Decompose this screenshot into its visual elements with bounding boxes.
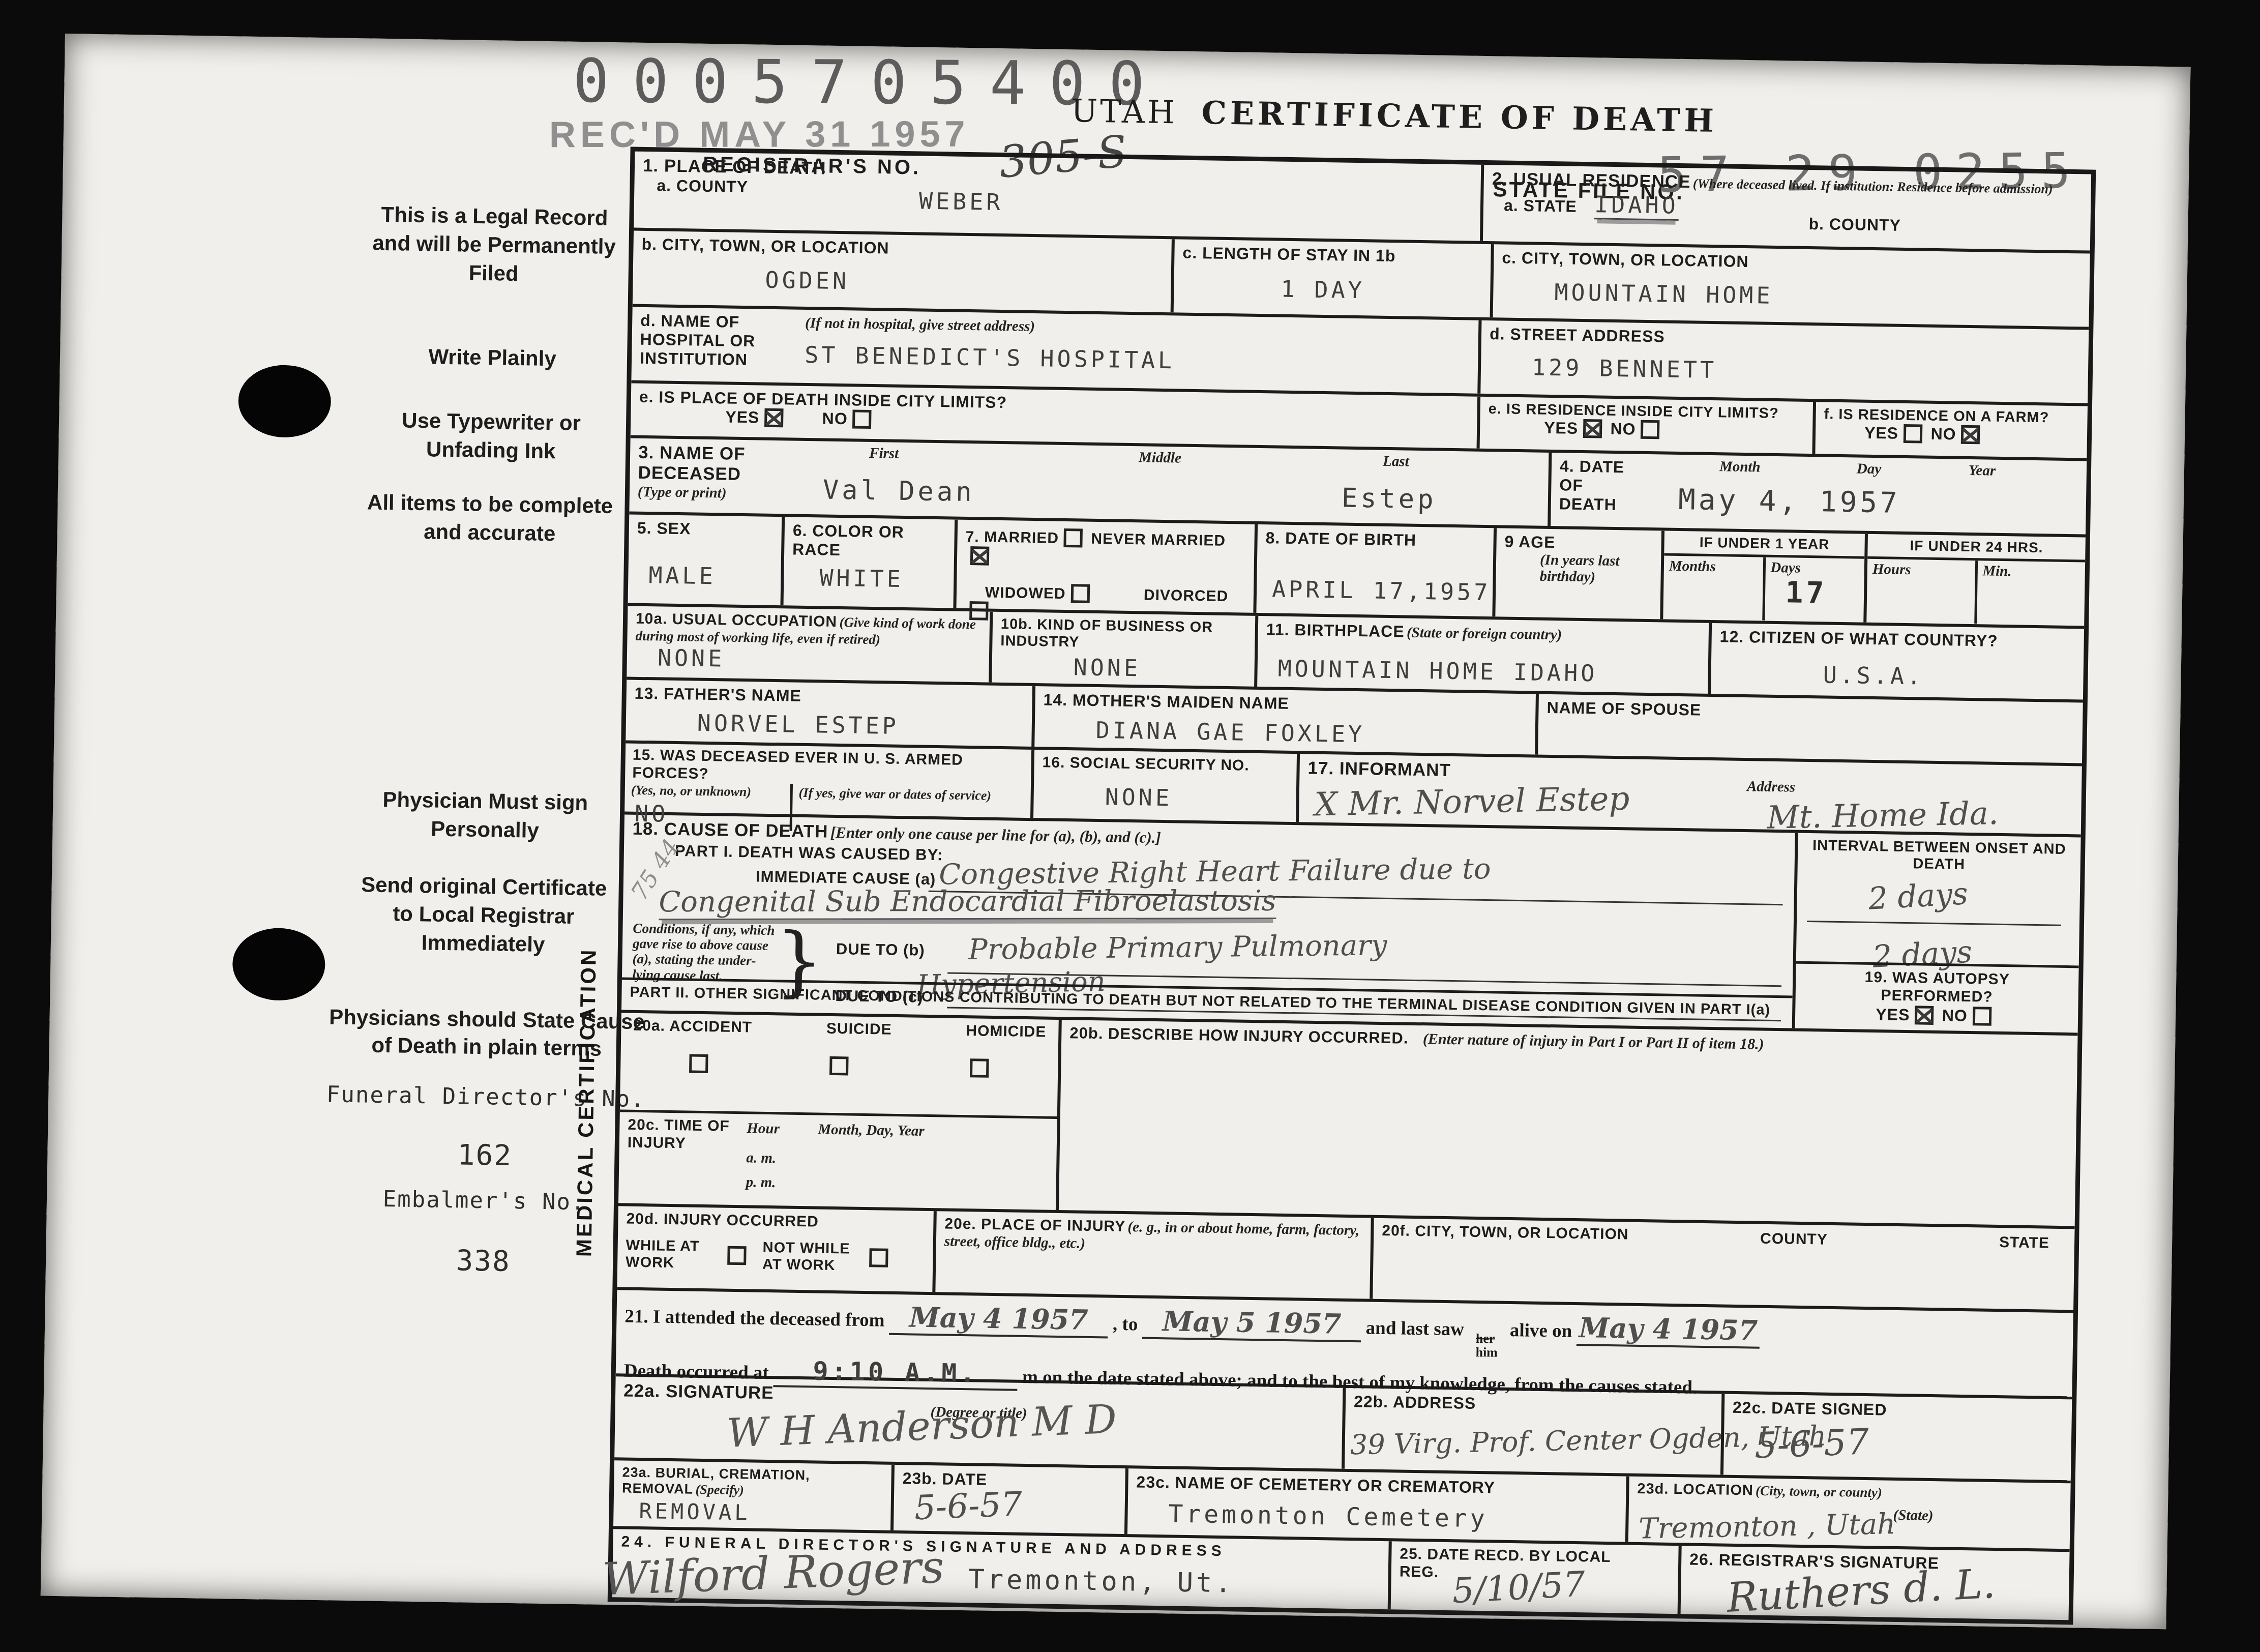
residence-limits-yes-label: YES [1544, 419, 1579, 437]
not-while-at-work-label: NOT WHILE AT WORK [762, 1239, 865, 1275]
armed-forces-label: 15. WAS DECEASED EVER IN U. S. ARMED FOR… [625, 743, 1031, 788]
field-physician-address: 22b. ADDRESS 39 Virg. Prof. Center Ogden… [1342, 1388, 1721, 1475]
burial-location-note2: (State) [1893, 1507, 1933, 1524]
mother-label: 14. MOTHER'S MAIDEN NAME [1043, 690, 1289, 713]
usual-residence-note: (Where deceased lived. If institution: R… [1693, 176, 2053, 196]
attended-text3: and last saw [1365, 1317, 1464, 1340]
cause-line-b: Probable Primary Pulmonary [968, 929, 1387, 966]
describe-injury-label: 20b. DESCRIBE HOW INJURY OCCURRED. [1069, 1024, 1409, 1047]
punch-hole-top [238, 364, 332, 438]
part1-label: PART I. DEATH WAS CAUSED BY: [675, 842, 943, 864]
field-occupation: 10a. USUAL OCCUPATION (Give kind of work… [627, 606, 990, 683]
attended-from-value: May 4 1957 [909, 1301, 1089, 1336]
title-state: UTAH [1070, 92, 1177, 131]
county-label: a. COUNTY [657, 176, 748, 196]
date-of-death-label: 4. DATE OF DEATH [1559, 457, 1637, 514]
autopsy-label: 19. WAS AUTOPSY PERFORMED? [1830, 968, 2044, 1007]
field-autopsy: 19. WAS AUTOPSY PERFORMED? YES NO [1795, 961, 2079, 1033]
certificate-form: 1. PLACE OF DEATH a. COUNTY WEBER 2. USU… [608, 146, 2096, 1625]
last-name-header: Last [1383, 453, 1409, 470]
field-accident-suicide-homicide: 20a. ACCIDENT SUICIDE HOMICIDE [620, 1013, 1059, 1116]
sex-value: MALE [648, 562, 716, 589]
month-header: Month [1719, 458, 1761, 476]
burial-location-value: Tremonton , Utah [1639, 1508, 1896, 1546]
accident-label: 20a. ACCIDENT [633, 1017, 752, 1037]
field-armed-forces: 15. WAS DECEASED EVER IN U. S. ARMED FOR… [625, 743, 1031, 818]
residence-state-value: IDAHO [1594, 191, 1679, 221]
mdy-header: Month, Day, Year [818, 1122, 925, 1140]
field-cause-of-death: 18. CAUSE OF DEATH [Enter only one cause… [621, 814, 1795, 1028]
residence-state-label: a. STATE [1504, 196, 1577, 216]
informant-label: 17. INFORMANT [1307, 758, 1451, 780]
burial-location-label: 23d. LOCATION [1637, 1481, 1753, 1499]
field-mother-name: 14. MOTHER'S MAIDEN NAME DIANA GAE FOXLE… [1031, 686, 1536, 755]
am-label: a. m. [746, 1149, 776, 1166]
field-place-city: b. CITY, TOWN, OR LOCATION OGDEN [633, 231, 1172, 313]
farm-yes-checkbox [1904, 424, 1923, 444]
field-funeral-director: 24. FUNERAL DIRECTOR'S SIGNATURE AND ADD… [612, 1529, 1389, 1609]
burial-type-note: (Specify) [695, 1482, 744, 1497]
married-checkbox [1064, 528, 1083, 548]
field-informant: 17. INFORMANT Address X Mr. Norvel Estep… [1296, 754, 2082, 834]
street-address-label: d. STREET ADDRESS [1490, 324, 1665, 345]
divorced-label: DIVORCED [1144, 586, 1229, 605]
field-date-of-death: 4. DATE OF DEATH Month Day Year May 4, 1… [1548, 453, 2087, 535]
cemetery-value: Tremonton Cemetery [1168, 1499, 1488, 1533]
place-city-label: b. CITY, TOWN, OR LOCATION [641, 235, 889, 257]
race-label: 6. COLOR OR RACE [792, 521, 904, 559]
autopsy-no-label: NO [1942, 1006, 1968, 1025]
field-citizen: 12. CITIZEN OF WHAT COUNTRY? U.S.A. [1708, 623, 2084, 700]
field-place-of-injury: 20e. PLACE OF INJURY (e. g., in or about… [932, 1211, 1371, 1299]
funeral-director-no-value: 162 [322, 1136, 648, 1174]
residence-city-label: c. CITY, TOWN, OR LOCATION [1502, 248, 1749, 271]
occupation-value: NONE [657, 644, 725, 672]
never-married-checkbox [970, 546, 990, 566]
father-label: 13. FATHER'S NAME [634, 684, 801, 705]
farm-yes-label: YES [1864, 424, 1899, 442]
father-value: NORVEL ESTEP [697, 710, 899, 740]
hour-header: Hour [747, 1120, 780, 1137]
dob-value: APRIL 17,1957 [1272, 575, 1491, 606]
residence-limits-no-label: NO [1610, 420, 1636, 438]
interval-label: INTERVAL BETWEEN ONSET AND DEATH [1806, 837, 2073, 875]
place-city-value: OGDEN [765, 267, 849, 295]
place-of-death-heading: 1. PLACE OF DEATH [643, 156, 826, 179]
attended-text1: 21. I attended the deceased from [625, 1306, 885, 1331]
field-length-of-stay: c. LENGTH OF STAY IN 1b 1 DAY [1171, 239, 1491, 317]
cause-line-a2: Congenital Sub Endocardial Fibroelastosi… [659, 884, 1276, 920]
certificate-paper: 0005705400 REC'D MAY 31 1957 REGISTRAR'S… [41, 34, 2191, 1629]
autopsy-no-checkbox [1973, 1007, 1992, 1026]
date-signed-label: 22c. DATE SIGNED [1733, 1398, 1887, 1419]
field-birthplace: 11. BIRTHPLACE (State or foreign country… [1254, 616, 1709, 694]
field-residence-city-limits: e. IS RESIDENCE INSIDE CITY LIMITS? YES … [1477, 397, 1813, 454]
attended-alive-value: May 4 1957 [1579, 1311, 1758, 1347]
field-cemetery: 23c. NAME OF CEMETERY OR CREMATORY Tremo… [1124, 1468, 1626, 1542]
mother-value: DIANA GAE FOXLEY [1095, 717, 1365, 748]
not-while-at-work-checkbox [869, 1248, 888, 1267]
residence-limits-label: e. IS RESIDENCE INSIDE CITY LIMITS? [1489, 401, 1779, 422]
length-of-stay-value: 1 DAY [1281, 276, 1365, 304]
place-limits-no-checkbox [852, 409, 872, 429]
date-signed-value: 5-6-57 [1753, 1421, 1869, 1466]
residence-limits-no-checkbox [1641, 420, 1660, 439]
length-of-stay-label: c. LENGTH OF STAY IN 1b [1182, 244, 1395, 265]
margin-note-write-plainly: Write Plainly [360, 343, 625, 372]
residence-limits-yes-checkbox [1583, 419, 1602, 438]
funeral-director-no-label: Funeral Director's No. [323, 1081, 649, 1112]
citizen-label: 12. CITIZEN OF WHAT COUNTRY? [1720, 627, 1999, 650]
field-if-under-24-hrs: IF UNDER 24 HRS. Hours Min. [1863, 534, 2086, 626]
attended-text2: , to [1113, 1314, 1138, 1335]
informant-address-label: Address [1747, 778, 1796, 795]
embalmer-no-label: Embalmer's No. [321, 1185, 647, 1216]
while-at-work-label: WHILE AT WORK [626, 1237, 723, 1273]
field-residence-city: c. CITY, TOWN, OR LOCATION MOUNTAIN HOME [1490, 244, 2090, 327]
hospital-note: (If not in hospital, give street address… [805, 315, 1035, 335]
race-value: WHITE [819, 564, 904, 593]
field-ssn: 16. SOCIAL SECURITY NO. NONE [1030, 750, 1297, 822]
date-of-death-value: May 4, 1957 [1678, 483, 1900, 520]
dob-label: 8. DATE OF BIRTH [1265, 528, 1416, 549]
interval-a-value: 2 days [1867, 876, 1969, 917]
field-time-of-injury: 20c. TIME OF INJURY Hour Month, Day, Yea… [618, 1109, 1057, 1209]
attended-her: her [1476, 1332, 1498, 1346]
deceased-heading: 3. NAME OF DECEASED [638, 442, 770, 486]
conditions-note: Conditions, if any, which gave rise to a… [632, 921, 781, 984]
birthplace-note: (State or foreign country) [1407, 625, 1562, 643]
cause-note: [Enter only one cause per line for (a), … [830, 823, 1162, 846]
year-header: Year [1969, 462, 1996, 479]
autopsy-yes-label: YES [1876, 1005, 1910, 1024]
attended-to-value: May 5 1957 [1162, 1305, 1342, 1340]
attended-text4: alive on [1510, 1320, 1572, 1342]
occupation-label: 10a. USUAL OCCUPATION [636, 610, 838, 630]
first-name-header: First [869, 445, 899, 462]
field-injury-city: 20f. CITY, TOWN, OR LOCATION COUNTY STAT… [1370, 1218, 2074, 1310]
field-physician-signature: 22a. SIGNATURE (Degree or title) W H And… [614, 1376, 1343, 1468]
informant-address-value: Mt. Home Ida. [1767, 794, 1999, 836]
usual-residence-heading: 2. USUAL RESIDENCE [1492, 169, 1691, 192]
middle-name-header: Middle [1139, 449, 1181, 466]
field-sex: 5. SEX MALE [628, 515, 782, 606]
deceased-note: (Type or print) [638, 483, 727, 501]
farm-no-label: NO [1930, 425, 1956, 444]
certificate-title: UTAH CERTIFICATE OF DEATH [1070, 92, 1717, 139]
armed-forces-note2: (If yes, give war or dates of service) [799, 785, 992, 803]
margin-note-legal: This is a Legal Record and will be Perma… [361, 200, 627, 289]
place-of-injury-label: 20e. PLACE OF INJURY [944, 1215, 1125, 1235]
suicide-checkbox [829, 1056, 849, 1075]
homicide-label: HOMICIDE [966, 1022, 1047, 1041]
field-industry: 10b. KIND OF BUSINESS OR INDUSTRY NONE [989, 612, 1255, 687]
field-burial-location: 23d. LOCATION (City, town, or county) (S… [1625, 1477, 2071, 1549]
field-residence-farm: f. IS RESIDENCE ON A FARM? YES NO [1812, 402, 2088, 458]
armed-forces-note1: (Yes, no, or unknown) [631, 783, 752, 800]
residence-county-label: b. COUNTY [1808, 215, 1901, 235]
injury-county-label: COUNTY [1760, 1230, 1828, 1249]
married-label: 7. MARRIED [965, 528, 1059, 547]
farm-no-checkbox [1961, 425, 1980, 445]
signature-label: 22a. SIGNATURE [623, 1381, 774, 1403]
while-at-work-checkbox [727, 1246, 747, 1265]
ssn-value: NONE [1105, 783, 1172, 811]
funeral-director-address: Tremonton, Ut. [968, 1564, 1234, 1599]
cemetery-label: 23c. NAME OF CEMETERY OR CREMATORY [1136, 1472, 1495, 1496]
physician-address-label: 22b. ADDRESS [1354, 1392, 1476, 1412]
place-limits-no-label: NO [822, 409, 848, 428]
accident-checkbox [689, 1054, 708, 1073]
field-name-of-deceased: 3. NAME OF DECEASED (Type or print) Firs… [629, 438, 1549, 526]
burial-date-value: 5-6-57 [913, 1484, 1023, 1527]
date-received-value: 5/10/57 [1451, 1564, 1586, 1611]
citizen-value: U.S.A. [1823, 661, 1924, 690]
day-header: Day [1857, 460, 1882, 477]
place-city-limits-label: e. IS PLACE OF DEATH INSIDE CITY LIMITS? [639, 388, 1007, 411]
field-burial-type: 23a. BURIAL, CREMATION, REMOVAL (Specify… [613, 1460, 891, 1530]
embalmer-no-value: 338 [320, 1242, 646, 1280]
hospital-value: ST BENEDICT'S HOSPITAL [805, 341, 1175, 374]
first-name-value: Val Dean [823, 475, 975, 508]
hospital-label: d. NAME OF HOSPITAL OR INSTITUTION [640, 311, 793, 370]
widowed-checkbox [1070, 584, 1090, 603]
interval-rule [1807, 921, 2061, 926]
field-describe-injury: 20b. DESCRIBE HOW INJURY OCCURRED. (Ente… [1056, 1020, 2078, 1226]
birthplace-label: 11. BIRTHPLACE [1266, 620, 1405, 640]
margin-note-typewriter: Use Typewriter or Unfading Ink [359, 405, 624, 466]
field-date-signed: 22c. DATE SIGNED 5-6-57 [1720, 1394, 2072, 1480]
suicide-label: SUICIDE [826, 1020, 892, 1039]
injury-occurred-label: 20d. INJURY OCCURRED [626, 1211, 819, 1230]
age-label: 9 AGE [1504, 533, 1555, 552]
due-to-b-label: DUE TO (b) [836, 940, 925, 959]
field-age: 9 AGE (In years last birthday) [1492, 528, 1661, 619]
never-married-label: NEVER MARRIED [1091, 530, 1226, 549]
injury-city-label: 20f. CITY, TOWN, OR LOCATION [1382, 1222, 1629, 1243]
place-limits-yes-label: YES [725, 407, 760, 426]
margin-note-plain-terms: Physicians should State Cause of Death i… [323, 1003, 650, 1063]
days-header: Days [1770, 559, 1801, 576]
months-header: Months [1669, 558, 1716, 575]
county-value: WEBER [919, 187, 1003, 216]
describe-injury-note: (Enter nature of injury in Part I or Par… [1423, 1030, 1764, 1053]
margin-note-physician: Physician Must sign Personally [352, 785, 618, 846]
field-place-of-death-county: 1. PLACE OF DEATH a. COUNTY WEBER [634, 152, 1481, 241]
margin-note-complete: All items to be complete and accurate [357, 488, 622, 549]
injury-left-column: 20a. ACCIDENT SUICIDE HOMICIDE 20c. TIME… [618, 1013, 1059, 1209]
street-address-value: 129 BENNETT [1532, 353, 1717, 383]
industry-value: NONE [1073, 654, 1141, 682]
min-header: Min. [1982, 563, 2012, 580]
field-hospital: d. NAME OF HOSPITAL OR INSTITUTION (If n… [631, 307, 1478, 394]
field-street-address: d. STREET ADDRESS 129 BENNETT [1477, 320, 2089, 403]
pm-label: p. m. [746, 1174, 776, 1191]
residence-farm-label: f. IS RESIDENCE ON A FARM? [1824, 406, 2049, 426]
physician-signature-value: W H Anderson M D [726, 1397, 1118, 1457]
under-1-year-label: IF UNDER 1 YEAR [1664, 531, 1865, 559]
informant-value: X Mr. Norvel Estep [1314, 780, 1630, 824]
homicide-checkbox [969, 1058, 989, 1078]
title-main: CERTIFICATE OF DEATH [1201, 94, 1717, 139]
autopsy-yes-checkbox [1915, 1006, 1934, 1025]
burial-location-note1: (City, town, or county) [1756, 1483, 1882, 1500]
field-father-name: 13. FATHER'S NAME NORVEL ESTEP [626, 680, 1032, 747]
injury-state-label: STATE [1999, 1234, 2049, 1252]
under-24-hrs-label: IF UNDER 24 HRS. [1867, 534, 2086, 563]
field-date-of-birth: 8. DATE OF BIRTH APRIL 17,1957 [1253, 524, 1494, 616]
burial-type-value: REMOVAL [639, 1498, 751, 1525]
age-note: (In years last birthday) [1539, 551, 1653, 586]
field-date-received: 25. DATE RECD. BY LOCAL REG. 5/10/57 [1388, 1541, 1679, 1614]
field-marital-status: 7. MARRIED NEVER MARRIED WIDOWED DIVORCE… [953, 520, 1255, 613]
field-burial-date: 23b. DATE 5-6-57 [890, 1465, 1125, 1534]
field-usual-residence-state: 2. USUAL RESIDENCE (Where deceased lived… [1480, 165, 2091, 251]
place-limits-yes-checkbox [764, 408, 784, 427]
widowed-label: WIDOWED [985, 584, 1066, 602]
field-registrar-signature: 26. REGISTRAR'S SIGNATURE Ruthers d. L. [1678, 1546, 2070, 1620]
field-if-under-1-year: IF UNDER 1 YEAR Months Days 17 [1660, 530, 1865, 622]
birthplace-value: MOUNTAIN HOME IDAHO [1277, 655, 1598, 687]
interval-and-autopsy-column: INTERVAL BETWEEN ONSET AND DEATH 2 days … [1792, 833, 2081, 1033]
sex-label: 5. SEX [637, 519, 691, 538]
field-spouse-name: NAME OF SPOUSE [1535, 694, 2083, 763]
attended-him: him [1475, 1345, 1498, 1360]
days-value: 17 [1785, 575, 1827, 610]
residence-city-value: MOUNTAIN HOME [1554, 279, 1773, 309]
spouse-label: NAME OF SPOUSE [1547, 698, 1701, 719]
time-of-injury-label: 20c. TIME OF INJURY [628, 1116, 735, 1153]
punch-hole-bottom [232, 927, 325, 1001]
scanned-death-certificate: 0005705400 REC'D MAY 31 1957 REGISTRAR'S… [0, 0, 2260, 1652]
field-injury-occurred: 20d. INJURY OCCURRED WHILE AT WORK NOT W… [617, 1206, 933, 1292]
her-him-stack: herhim [1475, 1332, 1498, 1360]
field-race: 6. COLOR OR RACE WHITE [781, 517, 955, 608]
last-name-value: Estep [1341, 483, 1436, 515]
industry-label: 10b. KIND OF BUSINESS OR INDUSTRY [1000, 616, 1247, 654]
hours-header: Hours [1872, 561, 1911, 578]
ssn-label: 16. SOCIAL SECURITY NO. [1042, 754, 1249, 774]
